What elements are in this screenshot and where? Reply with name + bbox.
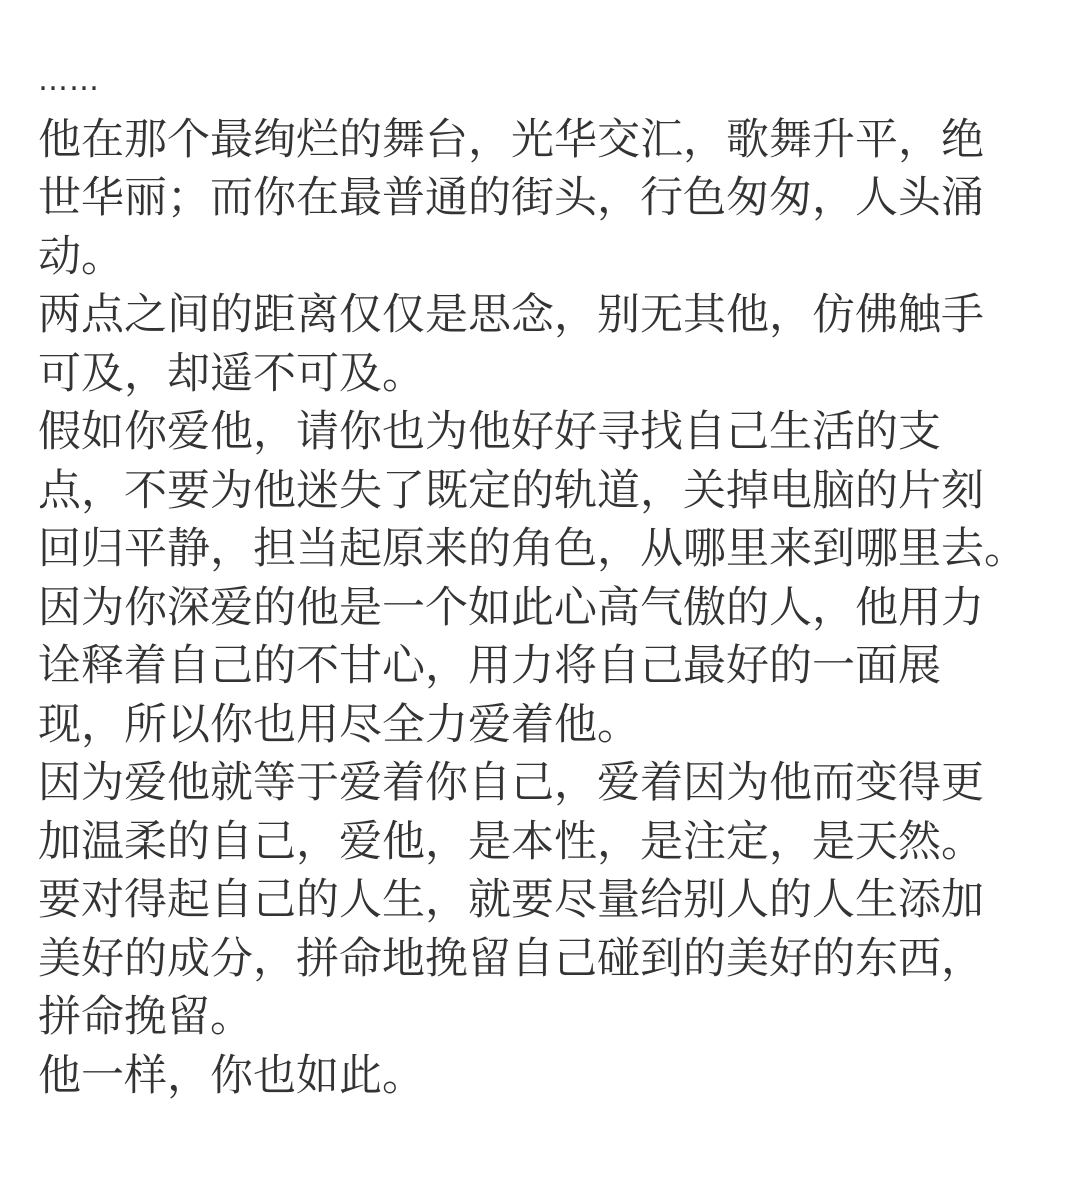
text-line: 他一样，你也如此。 (38, 1047, 1048, 1106)
text-line: 两点之间的距离仅仅是思念，别无其他，仿佛触手 (38, 286, 1048, 345)
document-body: …… 他在那个最绚烂的舞台，光华交汇，歌舞升平，绝 世华丽；而你在最普通的街头，… (38, 52, 1048, 1105)
text-line: 诠释着自己的不甘心，用力将自己最好的一面展 (38, 637, 1048, 696)
text-line: 世华丽；而你在最普通的街头，行色匆匆，人头涌 (38, 169, 1048, 228)
text-line: 拼命挽留。 (38, 988, 1048, 1047)
text-line: 点，不要为他迷失了既定的轨道，关掉电脑的片刻 (38, 462, 1048, 521)
text-line: 假如你爱他，请你也为他好好寻找自己生活的支 (38, 403, 1048, 462)
text-line: 因为你深爱的他是一个如此心高气傲的人，他用力 (38, 579, 1048, 638)
text-line: 因为爱他就等于爱着你自己，爱着因为他而变得更 (38, 754, 1048, 813)
text-line: 动。 (38, 228, 1048, 287)
text-line: 回归平静，担当起原来的角色，从哪里来到哪里去。 (38, 520, 1048, 579)
text-line: 可及，却遥不可及。 (38, 345, 1048, 404)
text-line: 美好的成分，拼命地挽留自己碰到的美好的东西， (38, 930, 1048, 989)
text-line: 要对得起自己的人生，就要尽量给别人的人生添加 (38, 871, 1048, 930)
ellipsis-line: …… (38, 52, 1048, 111)
text-line: 现，所以你也用尽全力爱着他。 (38, 696, 1048, 755)
text-line: 他在那个最绚烂的舞台，光华交汇，歌舞升平，绝 (38, 111, 1048, 170)
text-line: 加温柔的自己，爱他，是本性，是注定，是天然。 (38, 813, 1048, 872)
